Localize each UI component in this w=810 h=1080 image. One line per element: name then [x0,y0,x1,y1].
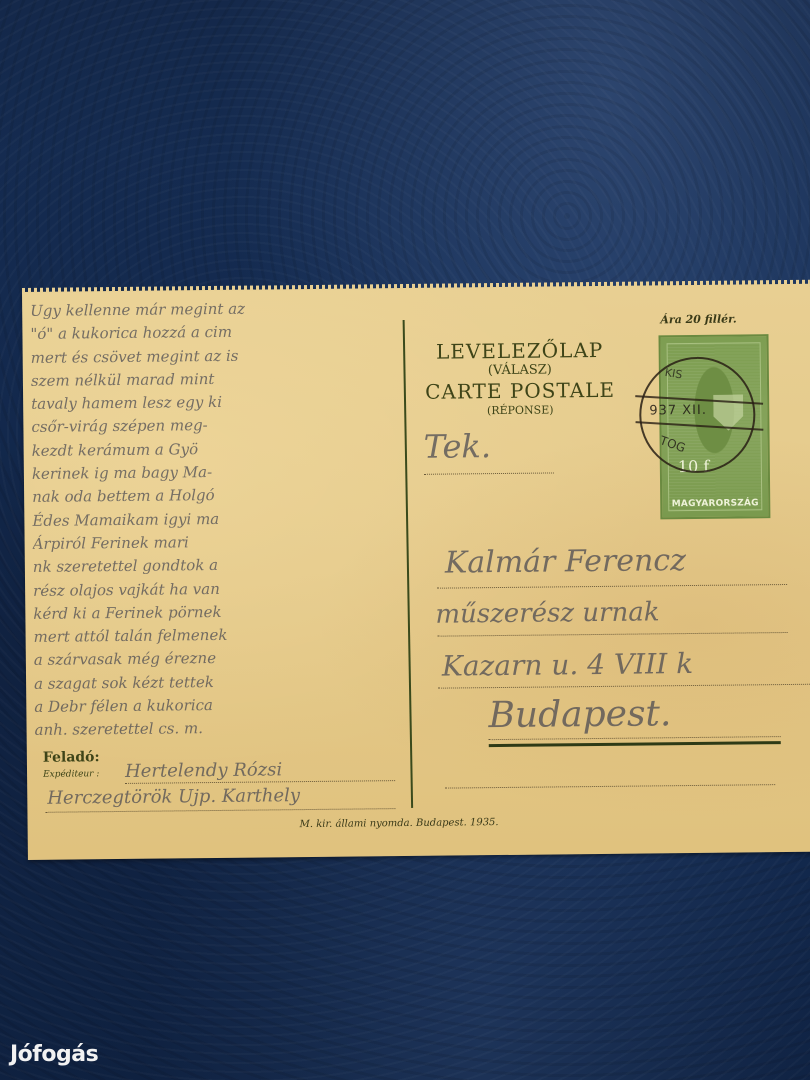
recipient-city: Budapest. [488,693,671,736]
address-dotted-line [438,684,810,689]
message-line: anh. szeretettel cs. m. [34,715,406,742]
sender-label-fr: Expéditeur : [43,769,99,780]
price-label: Ára 20 fillér. [660,313,737,327]
recipient-name: Kalmár Ferencz [445,543,686,581]
postmark-date: 937 XII. [649,403,707,419]
address-dotted-line [424,472,554,474]
recipient-title: műszerész urnak [435,597,659,629]
postmark-icon: KIS 937 XII. TOG [639,356,756,473]
sender-name: Hertelendy Rózsi [125,759,282,782]
postmark-town: KIS [664,366,683,382]
postcard: Ugy kellenne már megint az "ó" a kukoric… [22,284,810,860]
card-title-block: LEVELEZŐLAP (VÁLASZ) CARTE POSTALE (RÉPO… [415,338,626,420]
postmark-region: TOG [658,433,687,455]
address-dotted-line [438,632,788,637]
card-title: LEVELEZŐLAP [415,338,625,364]
stamp-country: MAGYARORSZÁG [668,498,762,509]
address-dotted-line [437,584,787,589]
printer-imprint: M. kir. állami nyomda. Budapest. 1935. [300,817,499,830]
sender-address: Herczegtörök Ujp. Karthely [47,785,300,809]
address-dotted-line [489,736,781,740]
salutation: Tek. [423,427,491,466]
jofogas-watermark-logo: Jófogás [10,1042,98,1067]
city-underline [489,741,781,747]
card-title-fr-sub: (RÉPONSE) [415,402,625,420]
recipient-street: Kazarn u. 4 VIII k [442,647,694,683]
sender-dotted-line [45,808,395,813]
card-title-fr: CARTE POSTALE [415,378,625,404]
sender-label: Feladó: [43,749,100,766]
address-dotted-line [445,784,775,788]
handwritten-message: Ugy kellenne már megint az "ó" a kukoric… [30,296,407,743]
